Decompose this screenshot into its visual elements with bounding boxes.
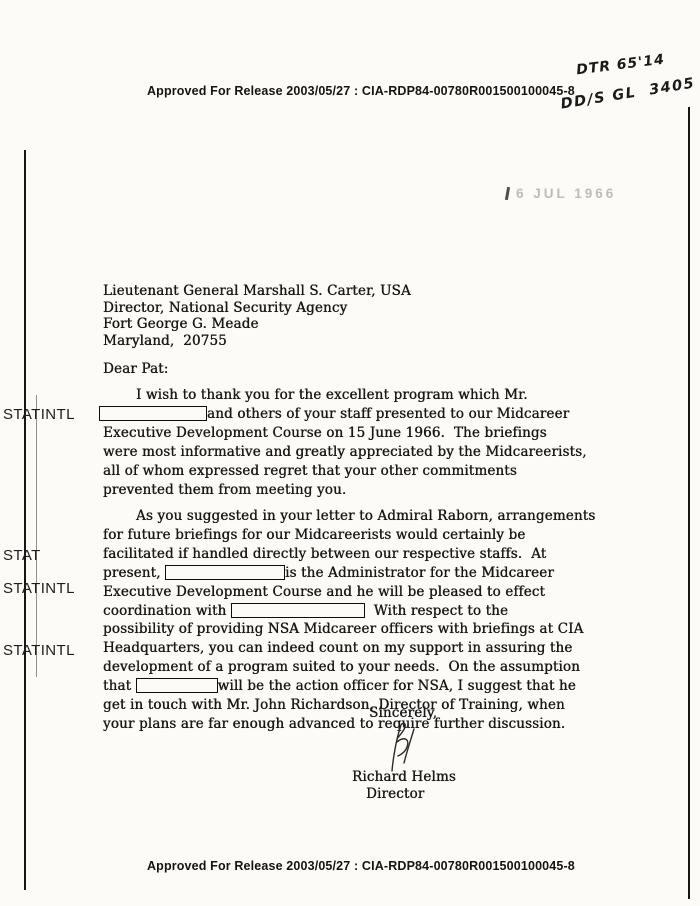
letter-line-text: is the Administrator for the Midcareer	[285, 565, 554, 581]
recipient-address-block: Lieutenant General Marshall S. Carter, U…	[103, 283, 411, 349]
signature-mark	[380, 720, 422, 776]
letter-line: were most informative and greatly apprec…	[103, 443, 587, 462]
letter-line: for future briefings for our Midcareeris…	[103, 526, 595, 545]
recipient-name: Lieutenant General Marshall S. Carter, U…	[103, 283, 411, 300]
letter-line: prevented them from meeting you.	[103, 481, 587, 500]
letter-line: Executive Development Course on 15 June …	[103, 424, 587, 443]
margin-label-statintl-1: STATINTL	[3, 407, 75, 422]
paragraph-2: As you suggested in your letter to Admir…	[103, 507, 595, 734]
letter-line: As you suggested in your letter to Admir…	[103, 507, 595, 526]
letter-line: get in touch with Mr. John Richardson, D…	[103, 696, 595, 715]
fold-line-artifact	[36, 395, 37, 677]
paragraph-1: I wish to thank you for the excellent pr…	[103, 386, 587, 499]
stamp-tick-mark	[505, 187, 510, 200]
letter-line: development of a program suited to your …	[103, 658, 595, 677]
letter-line: that will be the action officer for NSA,…	[103, 677, 595, 696]
handwritten-annotation-1: DTR 65'14	[575, 52, 665, 79]
signature-title: Director	[366, 786, 424, 802]
letter-line: present, is the Administrator for the Mi…	[103, 564, 595, 583]
letter-line: possibility of providing NSA Midcareer o…	[103, 620, 595, 639]
margin-label-stat: STAT	[3, 548, 41, 563]
redaction-box-4	[136, 678, 218, 693]
letter-line: and others of your staff presented to ou…	[103, 405, 587, 424]
date-stamp: 6 JUL 1966	[516, 186, 616, 201]
signature-name: Richard Helms	[352, 769, 456, 785]
letter-line-text: present,	[103, 565, 165, 581]
letter-line: facilitated if handled directly between …	[103, 545, 595, 564]
letter-line-text: and others of your staff presented to ou…	[207, 406, 569, 422]
redaction-box-3	[231, 603, 365, 618]
closing: Sincerely,	[369, 705, 437, 721]
header-release-stamp: Approved For Release 2003/05/27 : CIA-RD…	[147, 84, 575, 98]
document-page: Approved For Release 2003/05/27 : CIA-RD…	[0, 0, 700, 906]
letter-line: coordination with With respect to the	[103, 602, 595, 621]
salutation: Dear Pat:	[103, 361, 168, 378]
redaction-box-2	[165, 565, 285, 580]
recipient-state-zip: Maryland, 20755	[103, 333, 411, 350]
margin-label-statintl-3: STATINTL	[3, 643, 75, 658]
recipient-location: Fort George G. Meade	[103, 316, 411, 333]
letter-line-text: coordination with	[103, 603, 231, 619]
letter-line-text: With respect to the	[365, 603, 508, 619]
letter-line-text: will be the action officer for NSA, I su…	[218, 678, 576, 694]
recipient-title: Director, National Security Agency	[103, 300, 411, 317]
signature-squiggle-icon	[380, 720, 422, 772]
redaction-box-1	[99, 406, 207, 421]
footer-release-stamp: Approved For Release 2003/05/27 : CIA-RD…	[147, 859, 575, 873]
letter-line: all of whom expressed regret that your o…	[103, 462, 587, 481]
letter-line: Executive Development Course and he will…	[103, 583, 595, 602]
letter-line: I wish to thank you for the excellent pr…	[103, 386, 587, 405]
margin-label-statintl-2: STATINTL	[3, 581, 75, 596]
scan-border-right	[688, 107, 690, 899]
handwritten-annotation-2: DD/S GL 3405	[560, 75, 697, 112]
scan-border-left	[24, 150, 26, 890]
letter-line-text: that	[103, 678, 136, 694]
letter-line: Headquarters, you can indeed count on my…	[103, 639, 595, 658]
letter-line: your plans are far enough advanced to re…	[103, 715, 595, 734]
